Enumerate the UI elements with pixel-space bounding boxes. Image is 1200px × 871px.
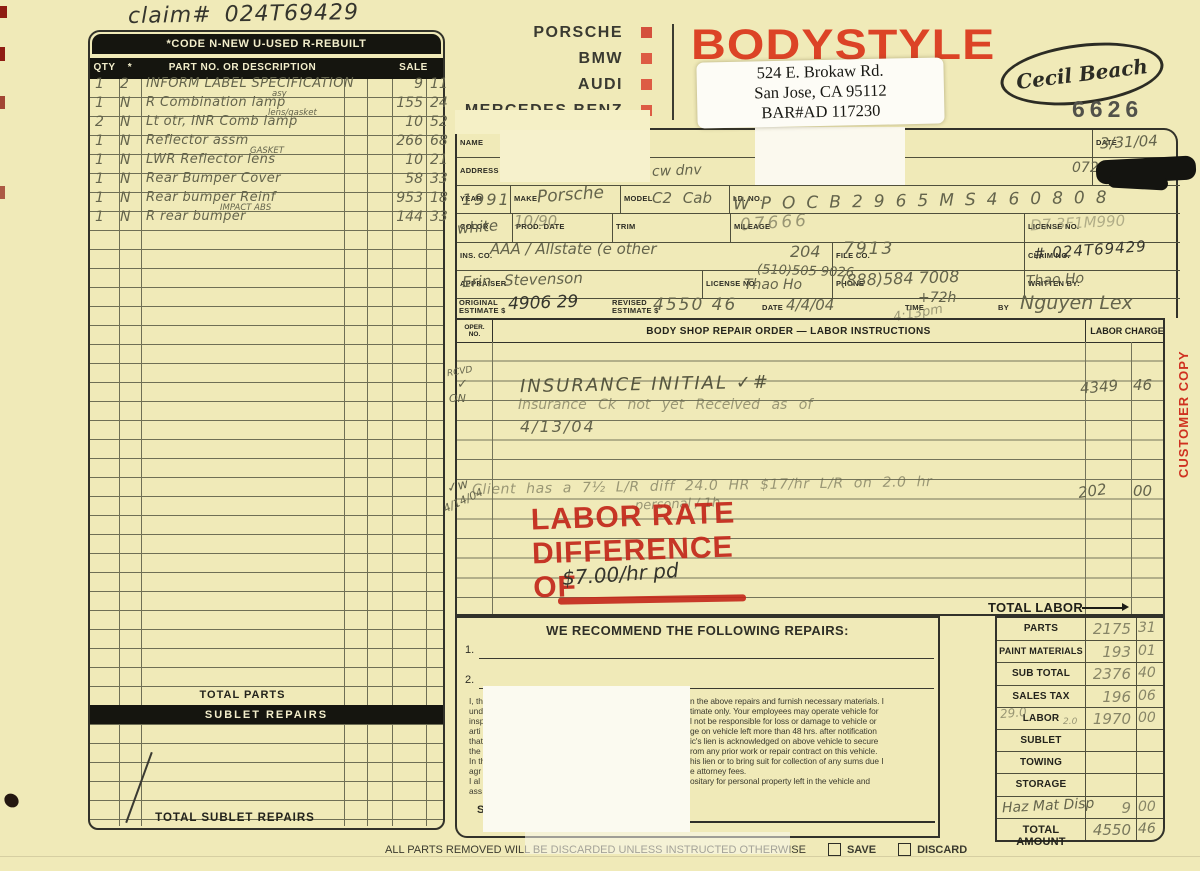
discard-checkbox[interactable] <box>898 843 911 856</box>
make-label: MAKE <box>514 194 537 203</box>
form-number: 6626 <box>1072 96 1143 123</box>
license2-writer-value: Thao Ho <box>744 277 802 293</box>
save-checkbox[interactable] <box>828 843 841 856</box>
owner-name: Cecil Beach <box>1015 54 1149 94</box>
hazmat-handwritten-label: Haz Mat Disp <box>1002 795 1095 816</box>
totals-row-hazmat: Haz Mat Disp 900 <box>997 796 1163 818</box>
labor-line2: Insurance Ck not yet Received as of <box>518 397 812 413</box>
revised-estimate-label: ESTIMATE $ <box>612 306 659 315</box>
address-label: ADDRESS <box>460 166 499 175</box>
total-parts-label: TOTAL PARTS <box>141 689 344 701</box>
parts-row: 2 N Lt otr, INR Comb lamp lens/gasket 10… <box>90 115 443 134</box>
name-label: NAME <box>460 138 483 147</box>
parts-row: 1 2 INFORM LABEL SPECIFICATION 9 11 <box>90 77 443 96</box>
customer-copy-label: CUSTOMER COPY <box>1176 338 1191 478</box>
totals-row-parts: PARTS 217531 <box>997 618 1163 640</box>
labor-title: BODY SHOP REPAIR ORDER — LABOR INSTRUCTI… <box>492 320 1085 342</box>
ins-co-value2: 204 <box>790 242 821 261</box>
totals-row-total: TOTAL AMOUNT 455046 <box>997 818 1163 840</box>
oper-on: ON <box>449 392 466 405</box>
total-labor-arrowhead-icon <box>1122 603 1129 611</box>
labor-hours-note2: 2.0 <box>1063 717 1077 727</box>
parts-table: *CODE N-NEW U-USED R-REBUILT QTY * PART … <box>88 30 445 830</box>
file-co-value: 7913 <box>843 239 894 259</box>
totals-row-towing: TOWING <box>997 751 1163 773</box>
brand-bullet-icon <box>641 53 652 64</box>
trim-label: TRIM <box>616 222 636 231</box>
estimate-date-label: DATE <box>762 303 783 312</box>
oper-no-header: OPER. NO. <box>457 320 493 342</box>
ins-co-value: AAA / Allstate (e other <box>490 240 657 258</box>
year-value: 1991 <box>462 190 511 209</box>
scanned-repair-order: claim# 024T69429 *CODE N-NEW U-USED R-RE… <box>0 0 1200 871</box>
parts-code-header: *CODE N-NEW U-USED R-REBUILT <box>92 34 441 54</box>
written-by-value: Thao Ho <box>1026 270 1085 289</box>
estimate-by-value: Nguyen Lex <box>1020 292 1133 314</box>
oper-check: ✓ <box>457 377 468 392</box>
totals-row-storage: STORAGE <box>997 773 1163 795</box>
recommend-item1: 1. <box>465 644 474 656</box>
address-sticker: 524 E. Brokaw Rd. San Jose, CA 95112 BAR… <box>696 57 944 128</box>
model-value: C2 Cab <box>652 189 712 207</box>
labor-hours-note: 29.0 <box>999 705 1027 721</box>
col-description: PART NO. OR DESCRIPTION <box>141 62 344 73</box>
totals-box: PARTS 217531 PAINT MATERIALS 19301 SUB T… <box>995 616 1165 842</box>
parts-row: 1 N LWR Reflector lens GASKET 10 21 <box>90 153 443 172</box>
scan-artifact <box>2 791 22 811</box>
brand-bullet-icon <box>641 79 652 90</box>
parts-row: 1 N R Combination lamp asy 155 24 <box>90 96 443 115</box>
scan-artifact <box>0 6 7 18</box>
phone-extra-value: 072 <box>1072 160 1099 176</box>
brand-porsche: PORSCHE <box>455 24 623 42</box>
discard-checkbox-label: DISCARD <box>917 844 967 856</box>
labor-charge1-cents: 46 <box>1133 376 1152 394</box>
labor-line3: 4/13/04 <box>520 417 596 436</box>
scan-artifact <box>0 186 5 199</box>
signature-line[interactable] <box>690 821 935 823</box>
revised-estimate-value: 4550 46 <box>653 295 737 315</box>
brand-bullet-icon <box>641 27 652 38</box>
redaction-white-box <box>483 686 690 832</box>
total-sublet-label: TOTAL SUBLET REPAIRS <box>120 812 350 824</box>
total-labor-arrow-icon <box>1082 607 1122 609</box>
claim-number-handwritten: claim# 024T69429 <box>128 0 359 29</box>
scan-edge-line <box>0 856 1200 857</box>
totals-row-sublet: SUBLET <box>997 729 1163 751</box>
totals-row-subtotal: SUB TOTAL 237640 <box>997 662 1163 684</box>
recommend-title: WE RECOMMEND THE FOLLOWING REPAIRS: <box>457 623 938 638</box>
ins-co-label: INS. CO. <box>460 251 492 260</box>
col-sale: SALE <box>386 62 441 73</box>
redaction-white-box <box>755 127 905 185</box>
col-qty: QTY <box>90 62 119 73</box>
col-code: * <box>119 62 141 73</box>
estimate-date-value: 4/4/04 <box>786 296 834 314</box>
name-fragment-value: cw dnv <box>652 162 702 180</box>
labor-charge2-cents: 00 <box>1133 482 1152 500</box>
labor-charge1-dollars: 4349 <box>1079 376 1119 397</box>
brand-audi: AUDI <box>455 76 623 94</box>
sublet-repairs-bar: SUBLET REPAIRS <box>90 705 443 724</box>
labor-header: OPER. NO. BODY SHOP REPAIR ORDER — LABOR… <box>457 320 1163 343</box>
labor-rate-stamp: LABOR RATE DIFFERENCE OF <box>530 496 738 605</box>
header-divider <box>672 24 674 120</box>
redaction-fade <box>525 832 790 854</box>
original-estimate-label: ESTIMATE $ <box>459 306 506 315</box>
date-value: 3/31/04 <box>1100 131 1159 152</box>
totals-row-salestax: SALES TAX 19606 <box>997 685 1163 707</box>
scan-artifact <box>0 47 5 61</box>
labor-line1: INSURANCE INITIAL ✓# <box>520 372 770 397</box>
model-label: MODEL <box>624 194 653 203</box>
brand-bmw: BMW <box>455 50 623 68</box>
label-sticker-cover <box>500 130 650 182</box>
save-checkbox-label: SAVE <box>847 844 876 856</box>
parts-row: 1 N R rear bumper IMPACT ABS 144 33 <box>90 210 443 229</box>
parts-row: 1 N Rear Bumper Cover 58 33 <box>90 172 443 191</box>
totals-row-paint: PAINT MATERIALS 19301 <box>997 640 1163 662</box>
recommend-item2: 2. <box>465 674 474 686</box>
total-labor-label: TOTAL LABOR <box>988 600 1083 615</box>
scan-artifact <box>0 96 5 109</box>
estimate-by-label: BY <box>998 303 1009 312</box>
color-value: white <box>456 216 498 238</box>
prod-date-value: 10/90 <box>514 212 557 230</box>
sticker-bar-number: BAR#AD 117230 <box>697 99 944 124</box>
original-estimate-value: 4906 29 <box>508 292 579 314</box>
labor-charge-header: LABOR CHARGE <box>1085 320 1168 342</box>
